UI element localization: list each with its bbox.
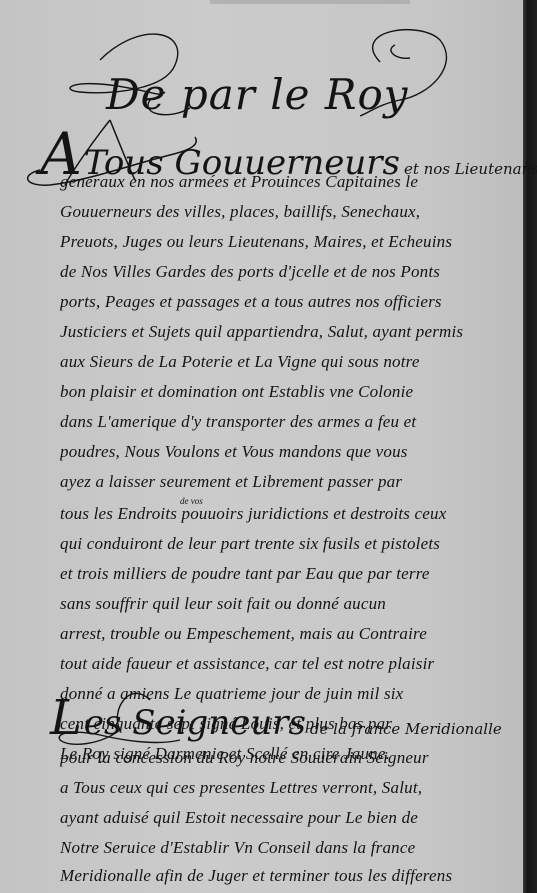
text-line: Meridionalle afin de Juger et terminer t…	[60, 866, 520, 886]
text-line: tous les Endroits pouuoirs juridictions …	[60, 504, 520, 524]
text-line: bon plaisir et domination ont Establis v…	[60, 382, 520, 402]
text-line: et trois milliers de poudre tant par Eau…	[60, 564, 520, 584]
text-line: Preuots, Juges ou leurs Lieutenans, Mair…	[60, 232, 520, 252]
text-line: Justiciers et Sujets quil appartiendra, …	[60, 322, 520, 342]
text-line: a Tous ceux qui ces presentes Lettres ve…	[60, 778, 520, 798]
text-line: dans L'amerique d'y transporter des arme…	[60, 412, 520, 432]
text-line: ayant aduisé quil Estoit necessaire pour…	[60, 808, 520, 828]
text-line: ports, Peages et passages et a tous autr…	[60, 292, 520, 312]
text-line: aux Sieurs de La Poterie et La Vigne qui…	[60, 352, 520, 372]
section2-heading: Les Seigneursde la france Meridionalle	[50, 690, 502, 746]
text-line: Notre Seruice d'Establir Vn Conseil dans…	[60, 838, 520, 858]
title-text: De par le Roy	[106, 70, 409, 119]
text-line: poudres, Nous Voulons et Vous mandons qu…	[60, 442, 520, 462]
text-line: generaux en nos armées et Prouinces Capi…	[60, 172, 520, 192]
text-line: arrest, trouble ou Empeschement, mais au…	[60, 624, 520, 644]
section2-initial: L	[50, 690, 82, 746]
text-line: Gouuerneurs des villes, places, baillifs…	[60, 202, 520, 222]
text-line: qui conduiront de leur part trente six f…	[60, 534, 520, 554]
text-line: de Nos Villes Gardes des ports d'jcelle …	[60, 262, 520, 282]
text-line: ayez a laisser seurement et Librement pa…	[60, 472, 520, 492]
text-line: sans souffrir quil leur soit fait ou don…	[60, 594, 520, 614]
text-line: pour la concession du Roy notre Souuerai…	[60, 748, 520, 768]
section2-heading-rest: de la france Meridionalle	[310, 720, 502, 738]
section2-heading-word: es Seigneurs	[84, 703, 306, 743]
